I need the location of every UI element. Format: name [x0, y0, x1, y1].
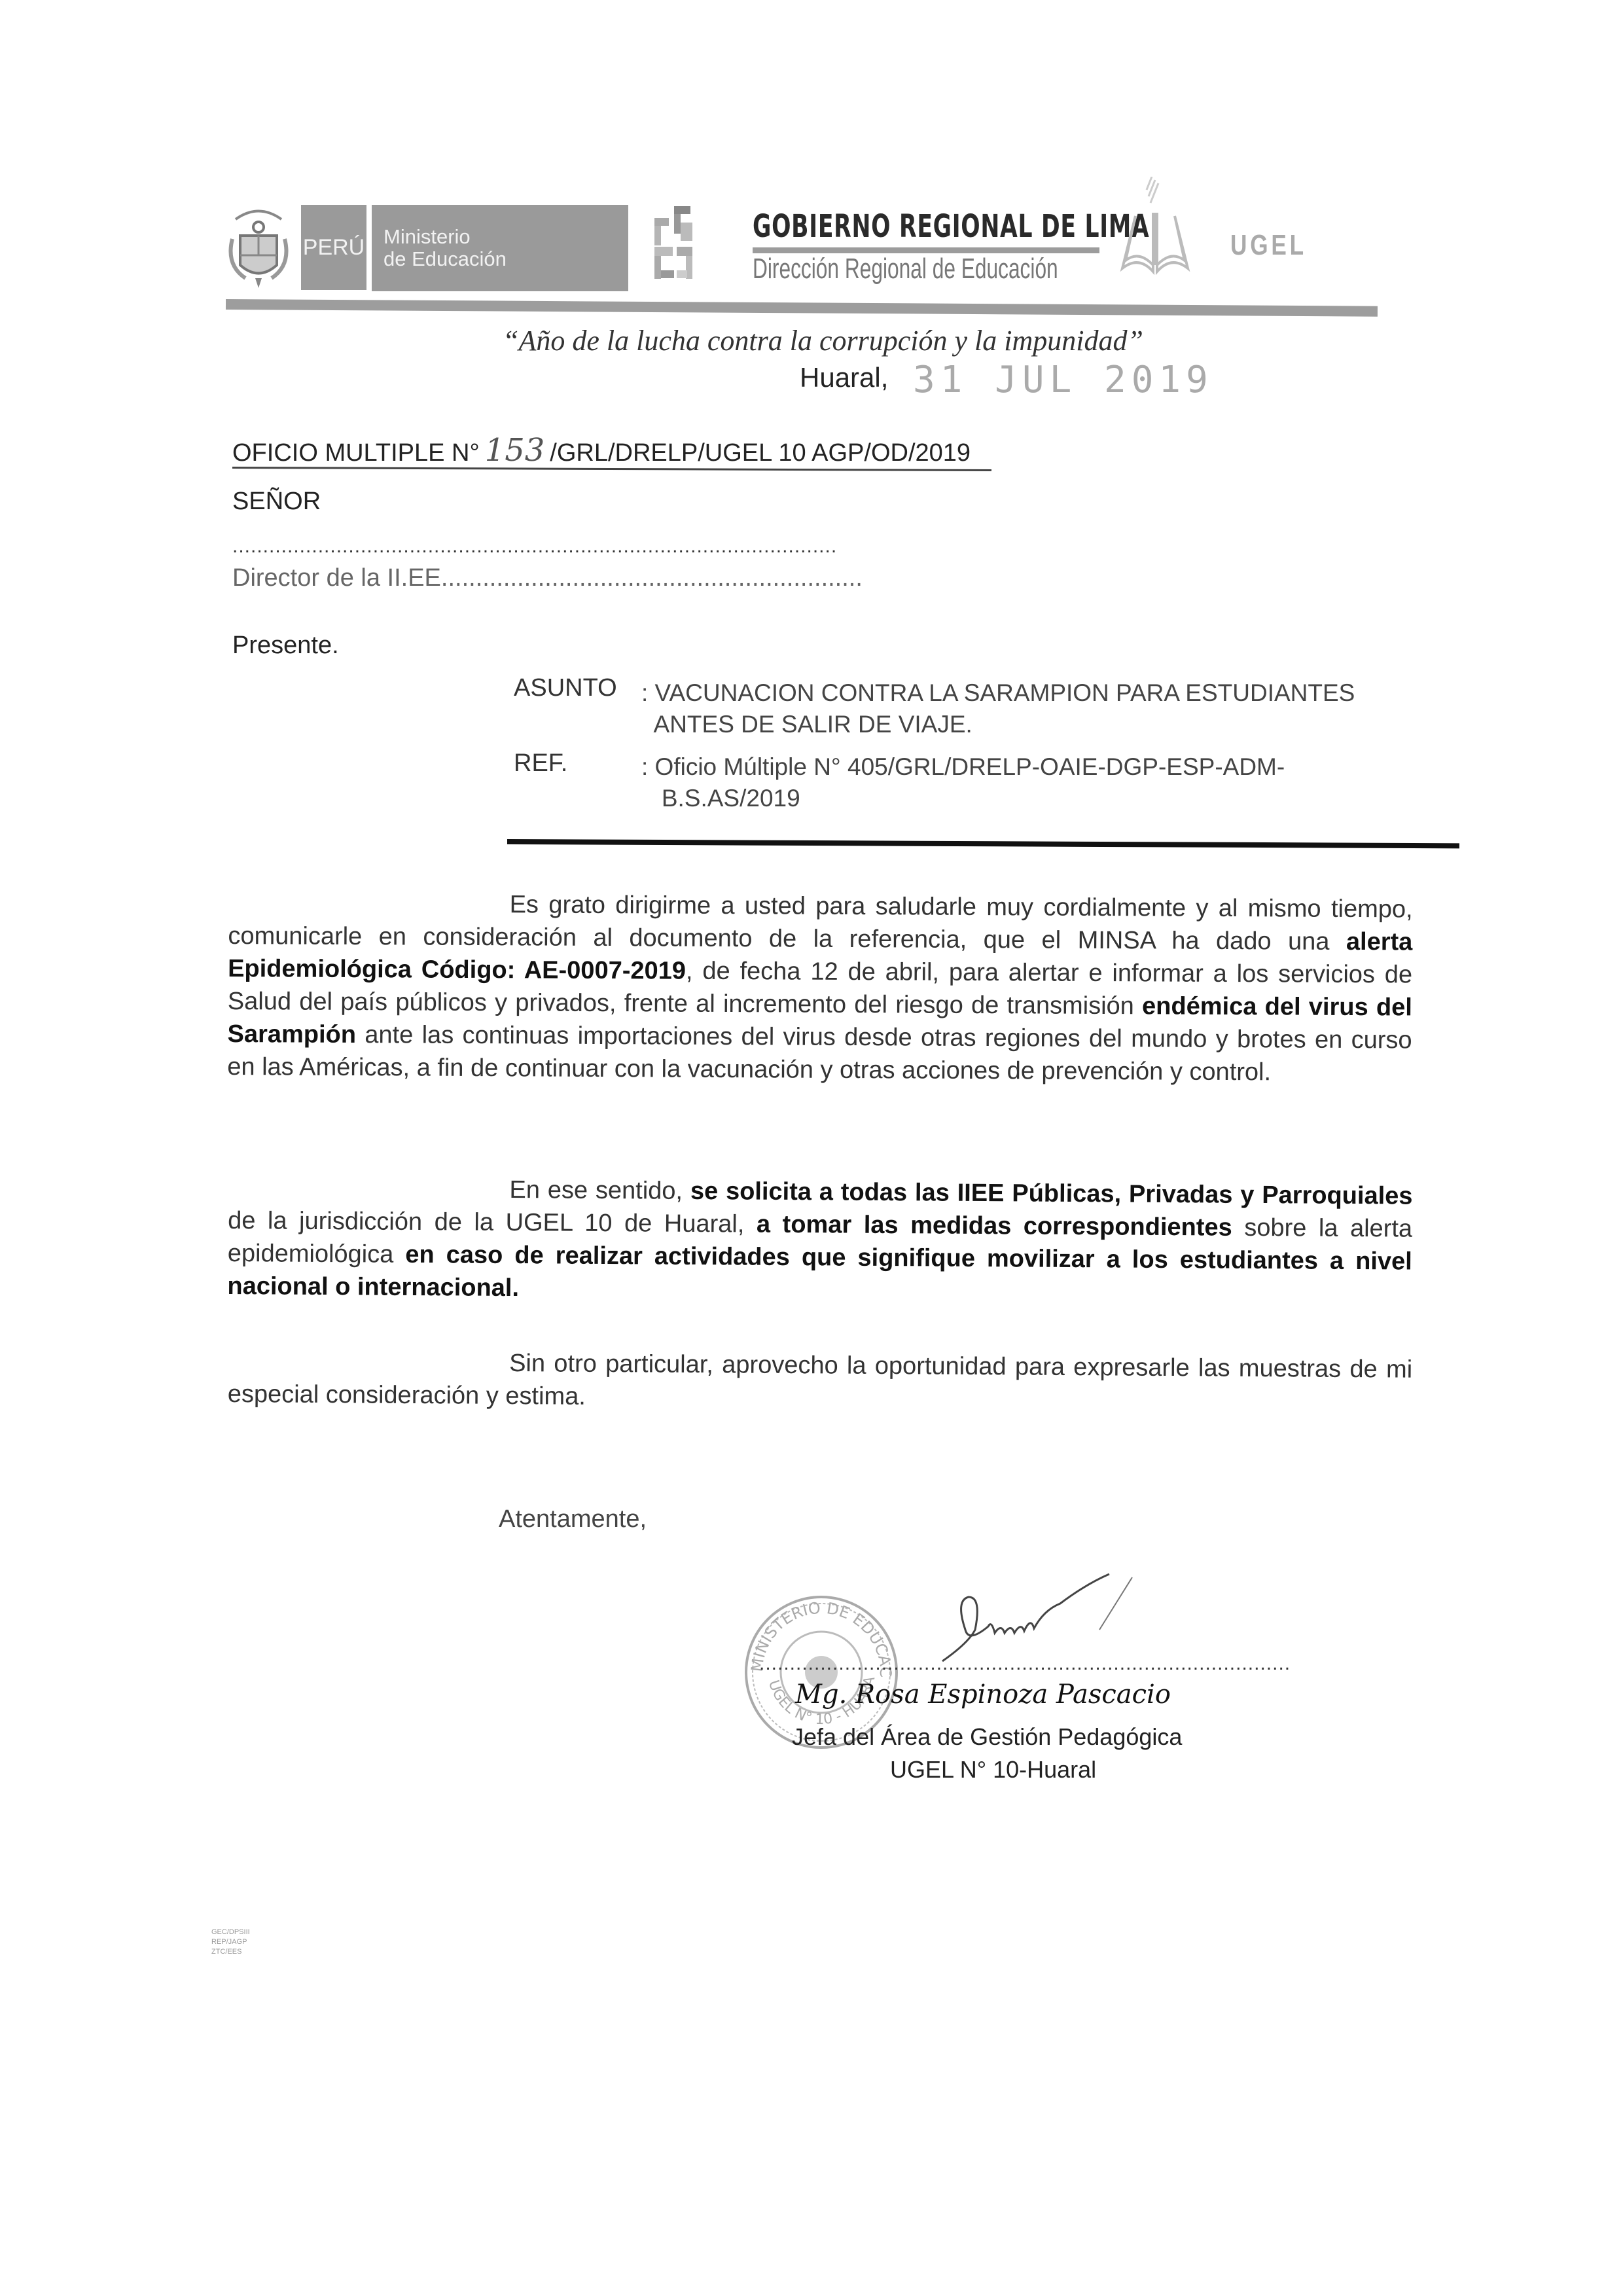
ministry-line2: de Educación [383, 248, 628, 270]
peru-label: PERÚ [303, 235, 365, 260]
signer-name: Mg. Rosa Espinoza Pascacio [795, 1679, 1171, 1710]
regional-directorate-subtitle: Dirección Regional de Educación [753, 253, 1058, 285]
initials-line: ZTC/EES [211, 1947, 250, 1957]
reference-initials: GEC/DPSIII REP/JAGP ZTC/EES [211, 1928, 250, 1957]
regional-government-logo-icon [654, 206, 694, 285]
p3-text: Sin otro particular, aprovecho la oportu… [228, 1350, 1413, 1410]
ugel-book-torch-logo-icon [1119, 177, 1191, 281]
body-paragraph-3: Sin otro particular, aprovecho la oportu… [228, 1345, 1413, 1419]
p1-text: Es grato dirigirme a usted para saludarl… [228, 891, 1412, 956]
signer-unit: UGEL N° 10-Huaral [890, 1756, 1096, 1784]
oficio-suffix: /GRL/DRELP/UGEL 10 AGP/OD/2019 [550, 439, 971, 467]
initials-line: REP/JAGP [211, 1937, 250, 1947]
ministry-line1: Ministerio [383, 226, 628, 248]
body-paragraph-1: Es grato dirigirme a usted para saludarl… [227, 887, 1413, 1089]
signature-line: ........................................… [759, 1653, 1291, 1675]
p2-text: En ese sentido, [509, 1176, 690, 1205]
initials-line: GEC/DPSIII [211, 1928, 250, 1937]
regional-government-title: GOBIERNO REGIONAL DE LIMA [753, 208, 1149, 245]
body-paragraph-2: En ese sentido, se solicita a todas las … [227, 1172, 1412, 1311]
p1-text: ante las continuas importaciones del vir… [227, 1021, 1412, 1086]
date-stamp: 31 JUL 2019 [913, 359, 1213, 401]
p2-bold-activities: en caso de realizar actividades que sign… [227, 1241, 1412, 1302]
ministry-brand-box: Ministerio de Educación [372, 205, 628, 291]
document-reference-number: OFICIO MULTIPLE N°153/GRL/DRELP/UGEL 10 … [232, 432, 971, 469]
handwritten-signature-icon [929, 1571, 1145, 1662]
subject-value: : VACUNACION CONTRA LA SARAMPION PARA ES… [641, 677, 1355, 740]
recipient-name-blank: ........................................… [232, 535, 837, 558]
signer-role: Jefa del Área de Gestión Pedagógica [792, 1723, 1182, 1751]
reference-line: : Oficio Múltiple N° 405/GRL/DRELP-OAIE-… [641, 751, 1285, 783]
recipient-position: Director de la II.EE....................… [232, 564, 863, 592]
reference-line: B.S.AS/2019 [641, 783, 1285, 814]
subject-line: : VACUNACION CONTRA LA SARAMPION PARA ES… [641, 677, 1355, 709]
header-divider [226, 299, 1378, 317]
reference-value: : Oficio Múltiple N° 405/GRL/DRELP-OAIE-… [641, 751, 1285, 814]
subject-line: ANTES DE SALIR DE VIAJE. [641, 709, 1355, 740]
subject-divider [507, 839, 1459, 848]
oficio-prefix: OFICIO MULTIPLE N° [232, 439, 480, 467]
p2-text: de la jurisdicción de la UGEL 10 de Huar… [228, 1207, 757, 1238]
subject-label: ASUNTO [514, 674, 617, 702]
recipient-salutation: SEÑOR [232, 488, 321, 516]
city-label: Huaral, [800, 362, 888, 393]
recipient-closing: Presente. [232, 632, 339, 660]
ugel-logo-text: UGEL [1230, 229, 1307, 262]
peru-coat-of-arms-icon [226, 200, 291, 291]
closing-salutation: Atentamente, [499, 1505, 647, 1534]
peru-brand-box: PERÚ [301, 205, 366, 290]
p2-bold-measures: a tomar las medidas correspondientes [757, 1211, 1232, 1242]
year-motto: “Año de la lucha contra la corrupción y … [503, 324, 1143, 357]
oficio-handwritten-number: 153 [485, 432, 545, 469]
reference-label: REF. [514, 749, 567, 778]
p2-bold-request: se solicita a todas las IIEE Públicas, P… [690, 1177, 1413, 1210]
